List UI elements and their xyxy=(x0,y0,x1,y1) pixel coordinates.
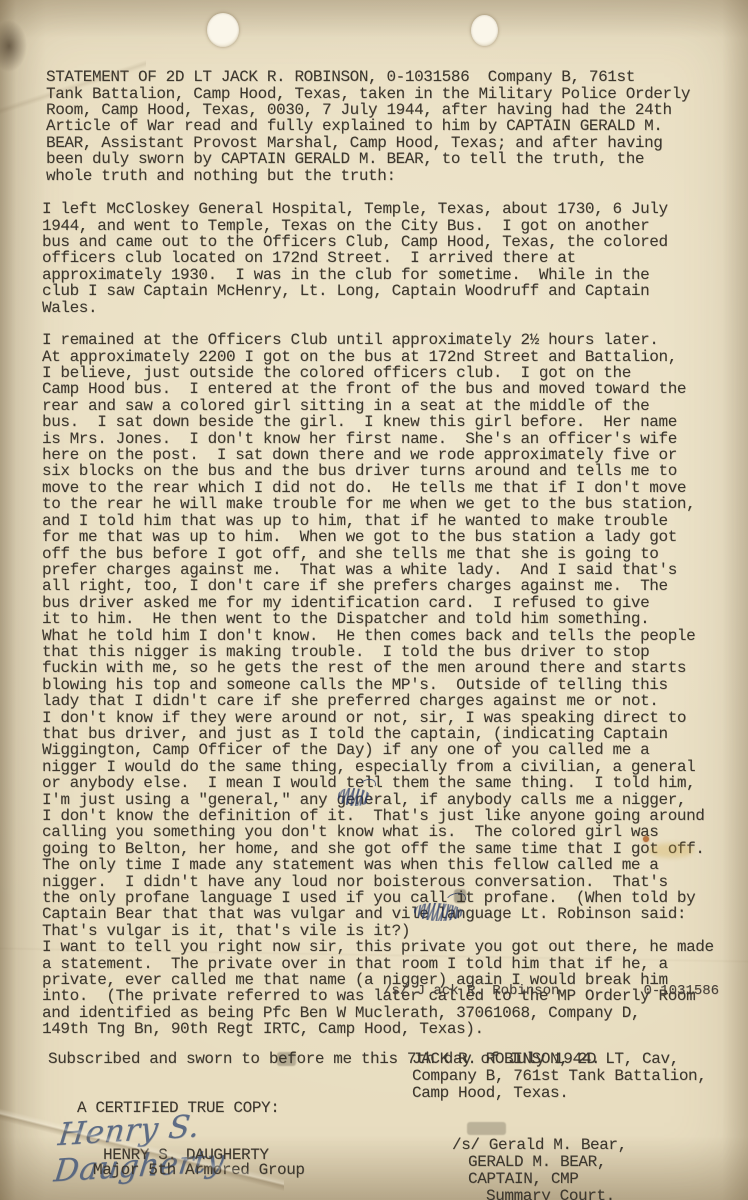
text-line: I don't know if they were around or not,… xyxy=(42,710,714,726)
text-line: /s/ Gerald M. Bear, xyxy=(452,1137,627,1154)
text-line: blowing his top and someone calls the MP… xyxy=(42,677,714,693)
text-line: nigger. I didn't have any loud nor boist… xyxy=(42,874,714,890)
text-line: I'm just using a "general," any general,… xyxy=(42,792,714,808)
ink-correction-scribble-room xyxy=(414,903,463,921)
text-line: I don't know the definition of it. That'… xyxy=(42,808,714,824)
overtype-smudge-before xyxy=(277,1052,296,1066)
text-line: What he told him I don't know. He then c… xyxy=(42,628,714,644)
text-line: bus. I sat down beside the girl. I knew … xyxy=(42,414,714,430)
text-line: fuckin with me, so he gets the rest of t… xyxy=(42,660,714,676)
text-line: bus driver asked me for my identificatio… xyxy=(42,595,714,611)
text-line: prefer charges against me. That was a wh… xyxy=(42,562,714,578)
text-line: Captain Bear that that was vulgar and vi… xyxy=(42,906,714,922)
text-line: to the rear he will make trouble for me … xyxy=(42,496,714,512)
text-line: off the bus before I got off, and she te… xyxy=(42,546,714,562)
text-line: I left McCloskey General Hospital, Templ… xyxy=(42,201,668,217)
text-line: bus and came out to the Officers Club, C… xyxy=(42,234,668,250)
text-line: six blocks on the bus and the bus driver… xyxy=(42,463,714,479)
overtype-smudge-private xyxy=(454,889,466,903)
text-line: rear and saw a colored girl sitting in a… xyxy=(42,398,714,414)
text-line: calling you something you don't know wha… xyxy=(42,824,714,840)
rust-spot xyxy=(643,836,649,842)
text-line: That's vulgar is it, that's vile is it?) xyxy=(42,923,714,939)
paper-crease-bottom-left xyxy=(0,1098,284,1200)
robinson-signature-line: /s/ J ack R. Robinson 0-1031586 xyxy=(383,984,719,999)
yellow-stain xyxy=(648,843,694,858)
paper-crease-horizontal xyxy=(0,940,748,970)
text-line: At approximately 2200 I got on the bus a… xyxy=(42,349,714,365)
text-line: Wiggington, Camp Officer of the Day) if … xyxy=(42,742,714,758)
text-line: here on the post. I sat down there and w… xyxy=(42,447,714,463)
text-line: approximately 1930. I was in the club fo… xyxy=(42,267,668,283)
text-line: that bus driver, and just as I told the … xyxy=(42,726,714,742)
text-line: it to him. He then went to the Dispatche… xyxy=(42,611,714,627)
text-line: that this nigger is making trouble. I to… xyxy=(42,644,714,660)
text-line: CAPTAIN, CMP xyxy=(452,1171,627,1188)
scanned-statement-document: STATEMENT OF 2D LT JACK R. ROBINSON, 0-1… xyxy=(0,0,748,1200)
text-line: the only profane language I used if you … xyxy=(42,890,714,906)
paper-crease-top-left xyxy=(0,48,146,128)
text-line: and I told him that was up to him, that … xyxy=(42,513,714,529)
overtype-smudge-captain xyxy=(467,1122,506,1135)
text-line: officers club located on 172nd Street. I… xyxy=(42,250,668,266)
text-line: or anybody else. I mean I would tell the… xyxy=(42,775,714,791)
sworn-statement-line: Subscribed and sworn to before me this 7… xyxy=(48,1051,600,1067)
text-line: The only time I made any statement was w… xyxy=(42,857,714,873)
text-line: Company B, 761st Tank Battalion, xyxy=(412,1068,706,1085)
text-line: BEAR, Assistant Provost Marshal, Camp Ho… xyxy=(46,135,690,151)
text-line: nigger I would do the same thing, especi… xyxy=(42,759,714,775)
text-line: 1944, and went to Temple, Texas on the C… xyxy=(42,218,668,234)
text-line: going to Belton, her home, and she got o… xyxy=(42,841,714,857)
text-line: all right, too, I don't care if she pref… xyxy=(42,578,714,594)
text-line: I remained at the Officers Club until ap… xyxy=(42,332,714,348)
text-line: I believe, just outside the colored offi… xyxy=(42,365,714,381)
text-line: Camp Hood bus. I entered at the front of… xyxy=(42,381,714,397)
statement-paragraph-3: I remained at the Officers Club until ap… xyxy=(42,283,714,1038)
text-line: for me that was up to him. When we got t… xyxy=(42,529,714,545)
punch-hole-left xyxy=(207,13,239,47)
text-line: GERALD M. BEAR, xyxy=(452,1154,627,1171)
punch-hole-right xyxy=(471,15,498,46)
text-line: Summary Court. xyxy=(452,1188,627,1200)
text-line: move to the rear which I did not do. He … xyxy=(42,480,714,496)
bear-signature-block: /s/ Gerald M. Bear,GERALD M. BEAR,CAPTAI… xyxy=(452,1086,627,1200)
text-line: is Mrs. Jones. I don't know her first na… xyxy=(42,431,714,447)
text-line: lady that I didn't care if she preferred… xyxy=(42,693,714,709)
